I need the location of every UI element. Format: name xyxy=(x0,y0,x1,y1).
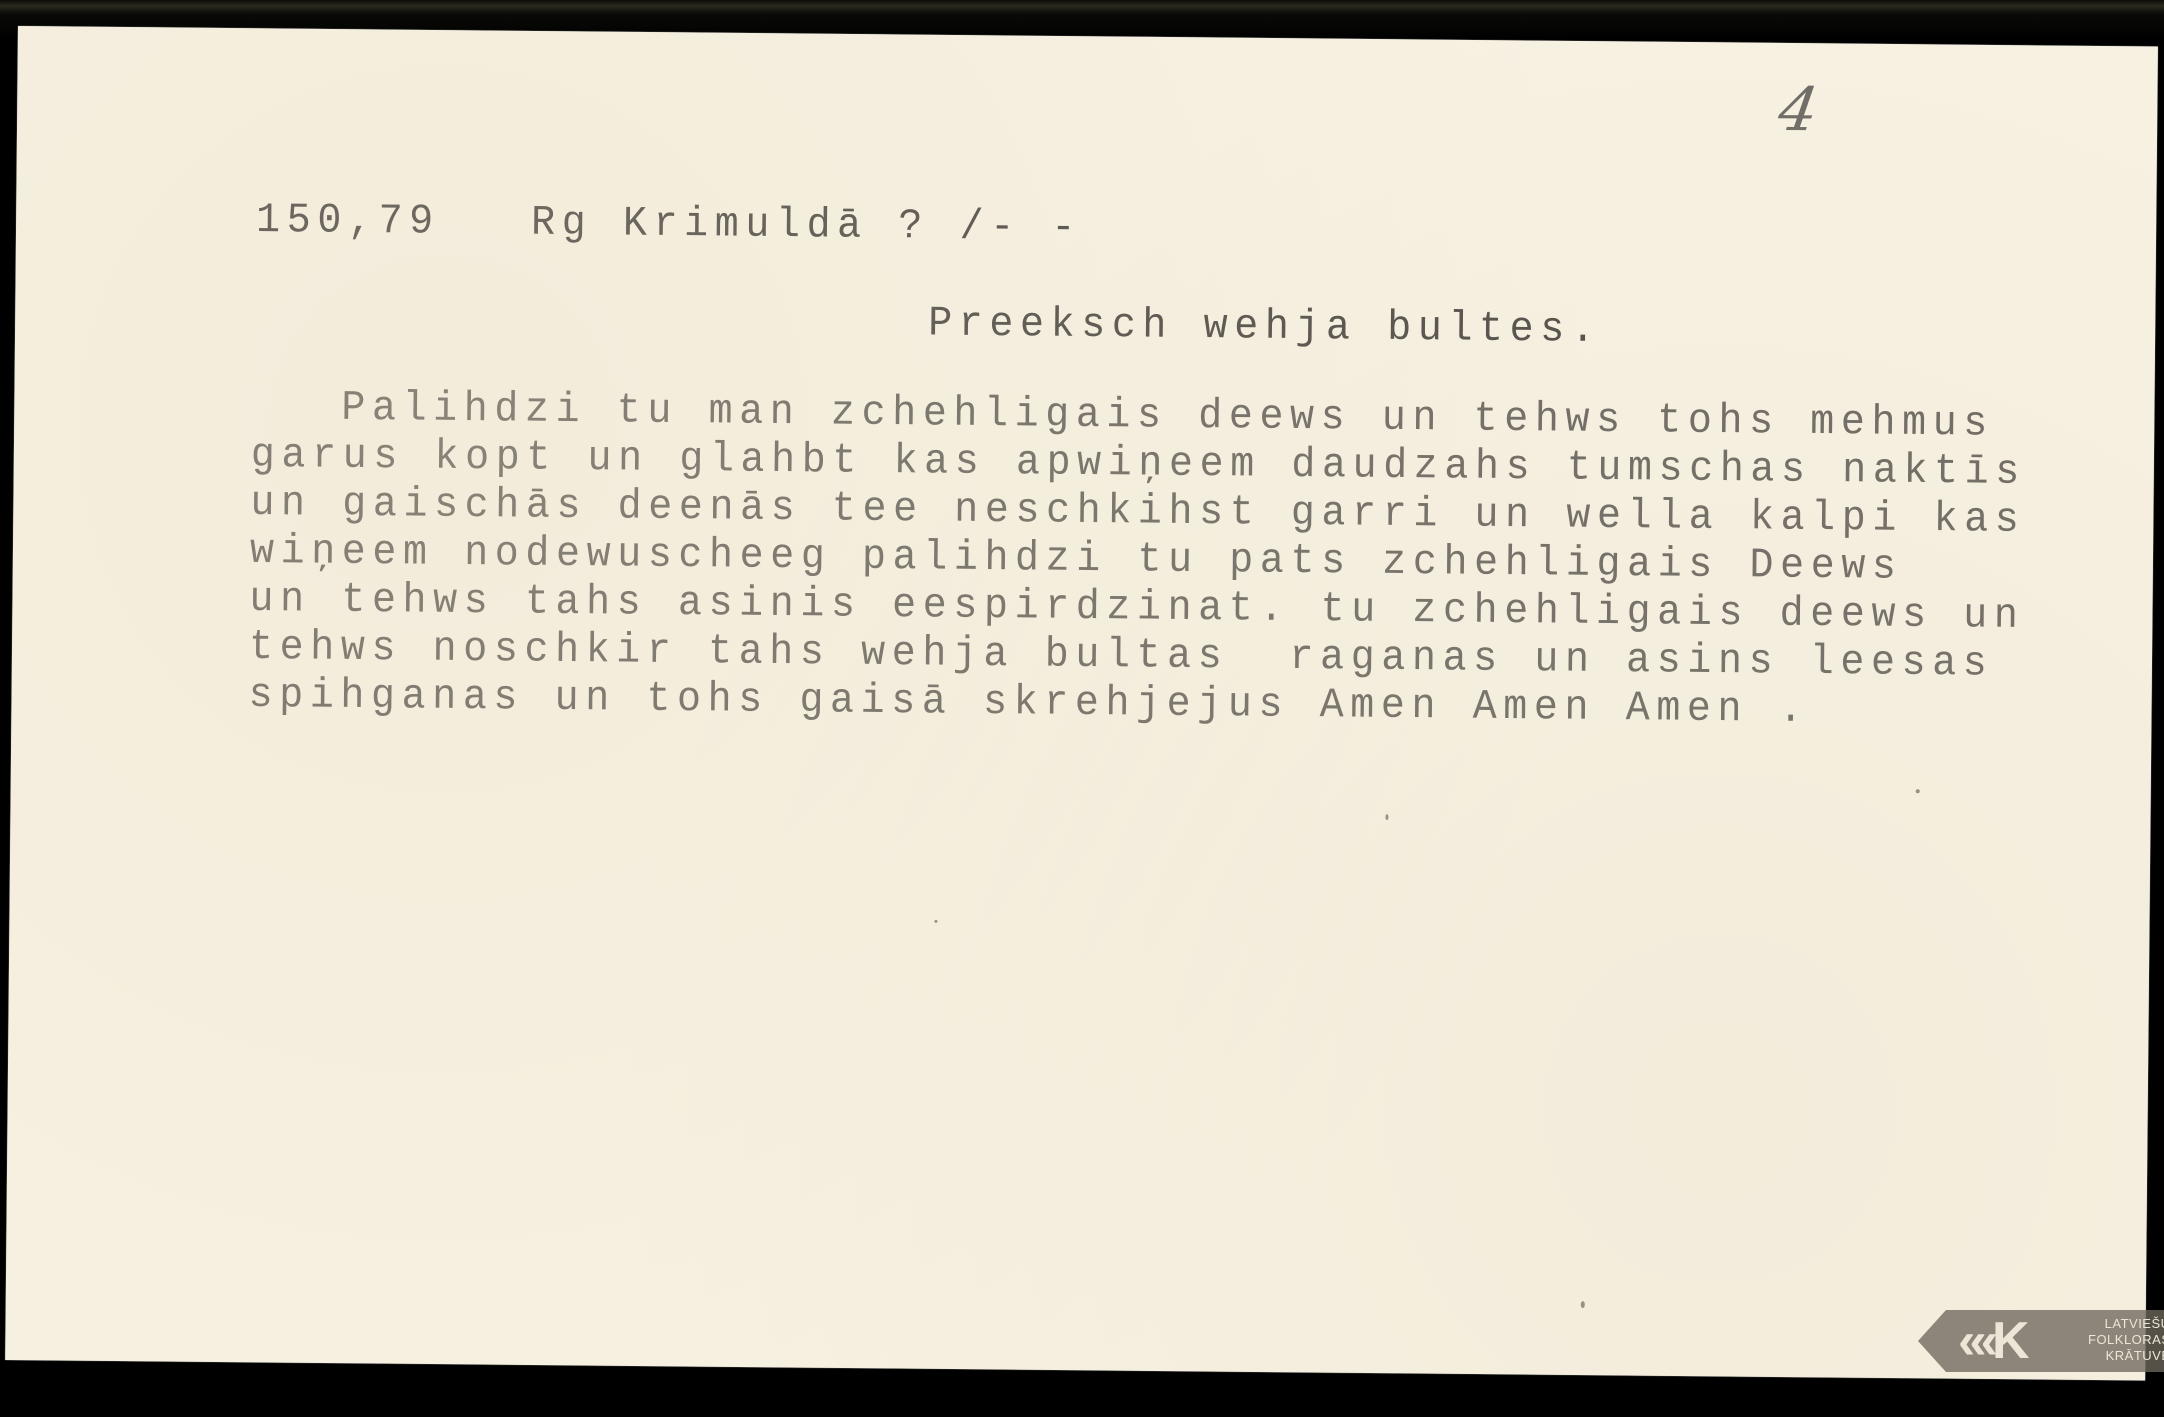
reference-number: 150,79 xyxy=(256,196,440,248)
logo-line: FOLKLORAS xyxy=(2088,1332,2164,1348)
logo-line: LATVIEŠU xyxy=(2088,1316,2164,1332)
scan-viewport: 4 150,79 Rg Krimuldā ? /- - Preeksch weh… xyxy=(0,0,2164,1417)
location-label: Rg Krimuldā ? /- - xyxy=(531,199,1082,255)
document-title: Preeksch wehja bultes. xyxy=(928,300,1602,357)
handwritten-page-number: 4 xyxy=(1774,75,1823,145)
speck xyxy=(1916,789,1920,793)
folklore-archive-logo: ‹‹‹K LATVIEŠU FOLKLORAS KRĀTUVE xyxy=(1918,1310,2164,1372)
speck xyxy=(1385,814,1388,820)
logo-mark-icon: ‹‹‹K xyxy=(1958,1314,2024,1368)
speck xyxy=(1581,1301,1585,1308)
archive-card: 4 150,79 Rg Krimuldā ? /- - Preeksch weh… xyxy=(5,26,2158,1380)
logo-text: LATVIEŠU FOLKLORAS KRĀTUVE xyxy=(2088,1316,2164,1364)
speck xyxy=(934,920,937,923)
logo-line: KRĀTUVE xyxy=(2088,1348,2164,1364)
